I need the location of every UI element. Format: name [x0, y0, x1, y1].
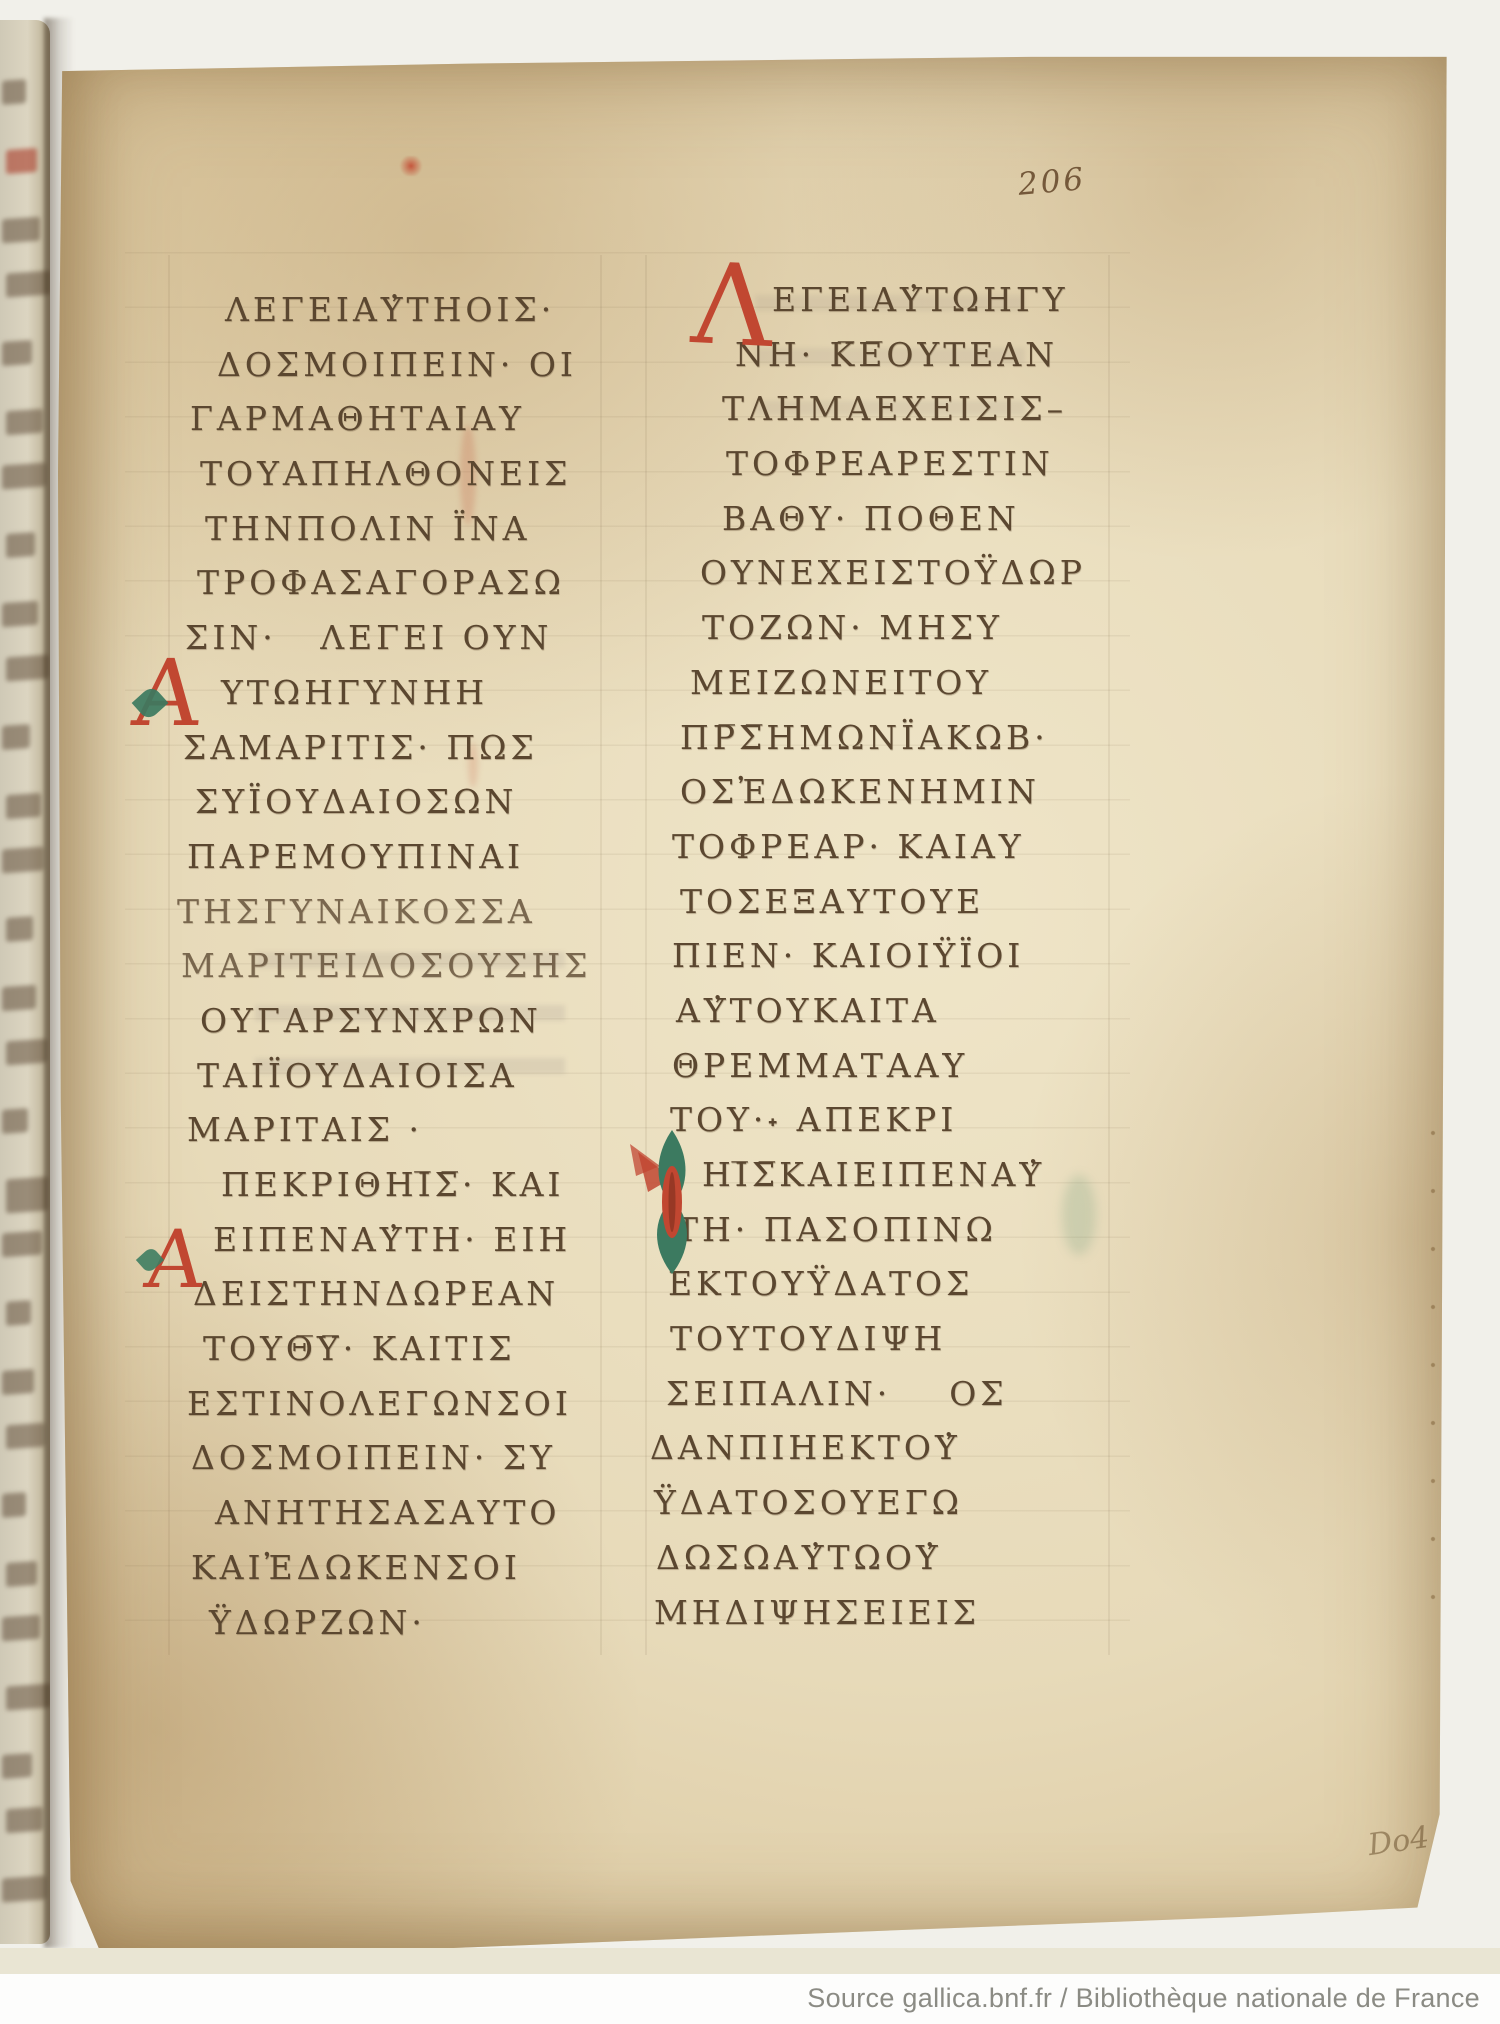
manuscript-text-line: ΤΑΙΪΟΥΔΑΙΟΙΣΑ	[175, 1049, 592, 1104]
blurred-text-fragment	[6, 1807, 43, 1834]
blurred-text-fragment	[6, 793, 41, 819]
column-guide-line	[168, 255, 170, 1655]
manuscript-text-line: ΤΡΟΦΑΣΑΓΟΡΑΣΩ	[175, 556, 592, 611]
manuscript-text-line: ΛΕΓΕΙΑΥ̓ΤΗΟΙΣ·	[175, 283, 592, 338]
manuscript-text-line: ΚΑΙἘΔΩΚΕΝΣΟΙ	[175, 1541, 592, 1596]
text-column-right: ΕΓΕΙΑΥ̓ΤΩΗΓΥΝΗ· Κ̅Ε̅ΟΥΤΕΑΝΤΛΗΜΑΕΧΕΙΣΙΣ–Τ…	[650, 273, 1086, 1640]
manuscript-text-line: ΜΑΡΙΤΕΙΔΟΣΟΥΣΗΣ	[175, 939, 592, 994]
manuscript-text-line: ΠΕΚΡΙΘΗΙ̅Σ̅· ΚΑΙ	[175, 1158, 592, 1213]
manuscript-text-line: ΠΑΡΕΜΟΥΠΙΝΑΙ	[175, 830, 592, 885]
scan-footer-beige-strip	[0, 1948, 1500, 1974]
blurred-text-fragment	[2, 217, 40, 244]
folio-number: 206	[1017, 161, 1088, 203]
source-credit-text: Source gallica.bnf.fr / Bibliothèque nat…	[807, 1983, 1480, 2013]
foliate-initial-theta-icon	[628, 1126, 712, 1278]
manuscript-text-line: ΔΟΣΜΟΙΠΕΙΝ· ΟΙ	[175, 338, 592, 393]
manuscript-text-line: ΤΗΣΓΥΝΑΙΚΟΣΣΑ	[175, 885, 592, 940]
blurred-text-fragment	[6, 916, 33, 942]
blurred-text-fragment	[2, 601, 38, 628]
blurred-text-fragment	[6, 1039, 47, 1066]
manuscript-text-line: ΕΙΠΕΝΑΥ̓ΤΗ· ΕΙΗ	[175, 1213, 592, 1268]
manuscript-text-line: ΫΔΑΤΟΣΟΥΕΓΩ	[650, 1476, 1086, 1531]
illuminated-initial-alpha: Α	[142, 1220, 208, 1300]
manuscript-text-line: ΑΥ̓ΤΟΥΚΑΙΤΑ	[650, 984, 1086, 1039]
manuscript-text-line: ΔΩΣΩΑΥ̓ΤΩΟΥ̓	[650, 1531, 1086, 1586]
manuscript-text-line: ΓΑΡΜΑΘΗΤΑΙΑΥ	[175, 392, 592, 447]
manuscript-text-line: ΟΥΝΕΧΕΙΣΤΟΫΔΩΡ	[650, 546, 1086, 601]
manuscript-text-line: ΤΟΥΤΟΥΔΙΨΗ	[650, 1312, 1086, 1367]
blurred-text-fragment	[2, 79, 26, 105]
blurred-text-fragment	[6, 1561, 37, 1587]
blurred-text-fragment	[6, 148, 37, 174]
manuscript-text-line: ΟΣἘΔΩΚΕΝΗΜΙΝ	[650, 765, 1086, 820]
column-guide-line	[600, 255, 602, 1655]
blurred-text-fragment	[2, 340, 32, 366]
blurred-text-fragment	[2, 1753, 32, 1779]
blurred-text-fragment	[2, 1492, 26, 1518]
manuscript-text-line: ΜΕΙΖΩΝΕΙΤΟΥ	[650, 656, 1086, 711]
blurred-text-fragment	[2, 1231, 42, 1258]
manuscript-text-line: ΤΗΝΠΟΛΙΝ ΪΝΑ	[175, 502, 592, 557]
manuscript-text-line: ΣΑΜΑΡΙΤΙΣ· ΠΩΣ	[175, 721, 592, 776]
manuscript-text-line: ΤΟΣΕΞΑΥΤΟΥΕ	[650, 875, 1086, 930]
manuscript-text-line: ΔΑΝΠΙΗΕΚΤΟΥ̓	[650, 1421, 1086, 1476]
manuscript-text-line: ΤΟΥΑΠΗΛΘΟΝΕΙΣ	[175, 447, 592, 502]
initial-glyph: Λ	[689, 239, 777, 373]
facing-page-edge	[0, 20, 50, 1944]
illuminated-initial-lambda: Λ	[689, 248, 776, 364]
illuminated-initial-alpha: Α	[129, 648, 205, 740]
blurred-text-fragment	[2, 1108, 28, 1134]
blurred-text-fragment	[6, 1300, 31, 1326]
blurred-text-fragment	[2, 462, 46, 489]
manuscript-text-line: ΣΕΙΠΑΛΙΝ· ΟΣ	[650, 1367, 1086, 1422]
manuscript-text-line: ΒΑΘΥ· ΠΟΘΕΝ	[650, 492, 1086, 547]
column-guide-line	[1108, 255, 1110, 1655]
manuscript-text-line: ΣΙΝ· ΛΕΓΕΙ ΟΥΝ	[175, 611, 592, 666]
blurred-text-fragment	[2, 1369, 34, 1395]
red-ink-stain	[398, 156, 424, 176]
manuscript-text-line: ΕΣΤΙΝΟΛΕΓΩΝΣΟΙ	[175, 1377, 592, 1432]
manuscript-text-line: ΤΟΥΘ̅Υ̅· ΚΑΙΤΙΣ	[175, 1322, 592, 1377]
scan-footer: Source gallica.bnf.fr / Bibliothèque nat…	[0, 1974, 1500, 2024]
blurred-text-fragment	[2, 1615, 40, 1642]
blurred-text-fragment	[6, 1423, 45, 1450]
manuscript-text-line: ΜΗΔΙΨΗΣΕΙΕΙΣ	[650, 1586, 1086, 1641]
manuscript-text-line: ΗΙ̅Σ̅ΚΑΙΕΙΠΕΝΑΥ̓	[650, 1148, 1086, 1203]
manuscript-text-line: ΜΑΡΙΤΑΙΣ ·	[175, 1103, 592, 1158]
manuscript-text-line: ΤΟΦΡΕΑΡ· ΚΑΙΑΥ	[650, 820, 1086, 875]
manuscript-text-line: ΠΙΕΝ· ΚΑΙΟΙΫΪΟΙ	[650, 929, 1086, 984]
blurred-text-fragment	[2, 985, 36, 1011]
margin-pricking-dots	[1430, 1130, 1436, 1630]
manuscript-text-line: ΥΤΩΗΓΥΝΗΗ	[175, 666, 592, 721]
manuscript-scan: 206 Do4 ΛΕΓΕΙΑΥ̓ΤΗΟΙΣ·ΔΟΣΜΟΙΠΕΙΝ· ΟΙΓΑΡΜ…	[0, 0, 1500, 2024]
blurred-text-fragment	[2, 847, 44, 874]
manuscript-text-line: ΑΝΗΤΗΣΑΣΑΥΤΟ	[175, 1486, 592, 1541]
blurred-text-fragment	[6, 532, 35, 558]
blurred-text-fragment	[6, 409, 43, 436]
blurred-text-fragment	[6, 1177, 48, 1214]
manuscript-text-line: ΟΥΓΑΡΣΥΝΧΡΩΝ	[175, 994, 592, 1049]
text-column-left: ΛΕΓΕΙΑΥ̓ΤΗΟΙΣ·ΔΟΣΜΟΙΠΕΙΝ· ΟΙΓΑΡΜΑΘΗΤΑΙΑΥ…	[175, 283, 592, 1650]
manuscript-text-line: ΤΟΦΡΕΑΡΕΣΤΙΝ	[650, 437, 1086, 492]
column-guide-line	[645, 255, 647, 1655]
manuscript-text-line: ΤΛΗΜΑΕΧΕΙΣΙΣ–	[650, 382, 1086, 437]
blurred-text-fragment	[6, 654, 49, 681]
manuscript-text-line: ΫΔΩΡΖΩΝ·	[175, 1596, 592, 1651]
manuscript-text-line: ΤΟΖΩΝ· ΜΗΣΥ	[650, 601, 1086, 656]
manuscript-text-line: ΠΡ̅Σ̅ΗΜΩΝΪΑΚΩΒ·	[650, 711, 1086, 766]
manuscript-text-line: ΘΡΕΜΜΑΤΑΑΥ	[650, 1039, 1086, 1094]
blurred-text-fragment	[2, 1875, 46, 1902]
blurred-text-fragment	[2, 724, 30, 750]
manuscript-text-line: ΤΟΥ·˖ ΑΠΕΚΡΙ	[650, 1093, 1086, 1148]
manuscript-text-line: ΤΗ· ΠΑΣΟΠΙΝΩ	[650, 1203, 1086, 1258]
manuscript-text-line: ΕΚΤΟΥΫΔΑΤΟΣ	[650, 1257, 1086, 1312]
manuscript-text-line: ΔΟΣΜΟΙΠΕΙΝ· ΣΥ	[175, 1431, 592, 1486]
manuscript-text-line: ΔΕΙΣΤΗΝΔΩΡΕΑΝ	[175, 1267, 592, 1322]
manuscript-text-line: ΣΥΪΟΥΔΑΙΟΣΩΝ	[175, 775, 592, 830]
